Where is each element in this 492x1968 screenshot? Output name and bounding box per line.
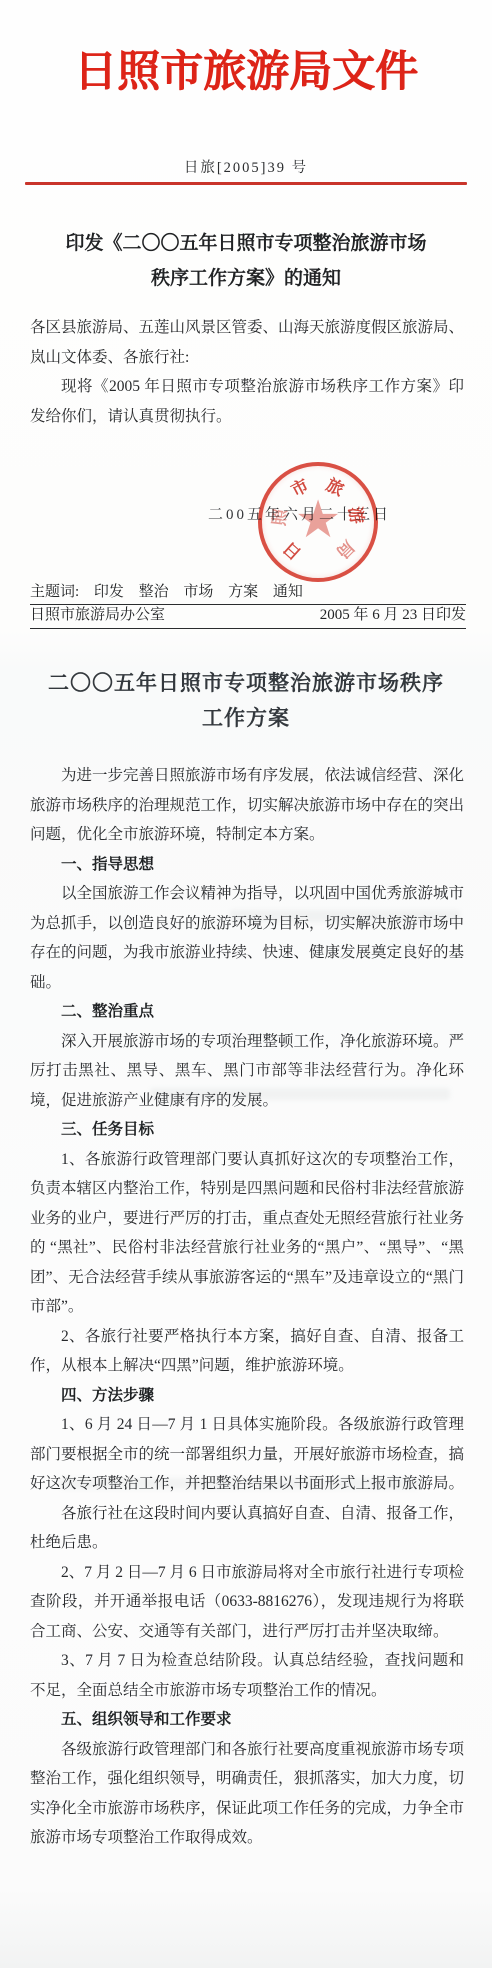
seal-star-icon: ★ — [295, 494, 342, 546]
seal-char: 游 — [343, 503, 368, 528]
section-heading: 五、组织领导和工作要求 — [30, 1705, 464, 1735]
section-paragraph: 2、7 月 2 日—7 月 6 日市旅游局将对全市旅行社进行专项检查阶段，并开通… — [30, 1558, 464, 1647]
section-paragraph: 各级旅游行政管理部门和各旅行社要高度重视旅游市场专项整治工作，强化组织领导，明确… — [30, 1735, 464, 1853]
section-heading: 三、任务目标 — [30, 1115, 464, 1145]
office-name: 日照市旅游局办公室 — [30, 603, 165, 624]
addressees: 各区县旅游局、五莲山风景区管委、山海天旅游度假区旅游局、岚山文体委、各旅行社: — [30, 313, 464, 373]
notice-body: 现将《2005 年日照市专项整治旅游市场秩序工作方案》印发给你们，请认真贯彻执行… — [30, 372, 464, 432]
section-paragraph: 3、7 月 7 日为检查总结阶段。认真总结经验，查找问题和不足，全面总结全市旅游… — [30, 1646, 464, 1705]
section-heading: 一、指导思想 — [30, 850, 464, 880]
print-date: 2005 年 6 月 23 日印发 — [320, 603, 466, 624]
plan-page: 二〇〇五年日照市专项整治旅游市场秩序 工作方案 为进一步完善日照旅游市场有序发展… — [0, 648, 492, 1853]
section-paragraph: 以全国旅游工作会议精神为指导，以巩固中国优秀旅游城市为总抓手，以创造良好的旅游环… — [30, 879, 464, 997]
seal-char: 照 — [268, 505, 293, 530]
notice-title: 印发《二〇〇五年日照市专项整治旅游市场 秩序工作方案》的通知 — [0, 226, 492, 296]
red-divider — [25, 182, 467, 185]
section-paragraph: 各旅行社在这段时间内要认真搞好自查、自清、报备工作，杜绝后患。 — [30, 1499, 464, 1558]
office-row: 日照市旅游局办公室 2005 年 6 月 23 日印发 — [30, 603, 466, 629]
official-seal: 日 照 市 旅 游 局 ★ — [258, 462, 378, 582]
notice-page: 日照市旅游局文件 日旅[2005]39 号 印发《二〇〇五年日照市专项整治旅游市… — [0, 0, 492, 648]
org-title: 日照市旅游局文件 — [0, 38, 492, 99]
doc-number: 日旅[2005]39 号 — [0, 156, 492, 177]
notice-title-line2: 秩序工作方案》的通知 — [151, 268, 341, 289]
notice-title-line1: 印发《二〇〇五年日照市专项整治旅游市场 — [65, 233, 426, 254]
section-heading: 四、方法步骤 — [30, 1381, 464, 1411]
plan-title-line2: 工作方案 — [202, 706, 290, 730]
keywords-line: 主题词: 印发 整治 市场 方案 通知 — [30, 584, 303, 600]
plan-intro: 为进一步完善日照旅游市场有序发展，依法诚信经营、深化旅游市场秩序的治理规范工作，… — [30, 761, 464, 850]
section-paragraph: 2、各旅行社要严格执行本方案，搞好自查、自清、报备工作，从根本上解决“四黑”问题… — [30, 1322, 464, 1381]
section-paragraph: 深入开展旅游市场的专项治理整顿工作，净化旅游环境。严厉打击黑社、黑导、黑车、黑门… — [30, 1027, 464, 1116]
section-paragraph: 1、各旅游行政管理部门要认真抓好这次的专项整治工作，负责本辖区内整治工作，特别是… — [30, 1145, 464, 1322]
section-heading: 二、整治重点 — [30, 997, 464, 1027]
plan-title-line1: 二〇〇五年日照市专项整治旅游市场秩序 — [48, 671, 444, 695]
plan-title: 二〇〇五年日照市专项整治旅游市场秩序 工作方案 — [0, 666, 492, 736]
keywords-row: 主题词: 印发 整治 市场 方案 通知 — [30, 580, 466, 605]
plan-content: 为进一步完善日照旅游市场有序发展，依法诚信经营、深化旅游市场秩序的治理规范工作，… — [30, 761, 464, 1853]
scanned-document: 日照市旅游局文件 日旅[2005]39 号 印发《二〇〇五年日照市专项整治旅游市… — [0, 0, 492, 1968]
section-paragraph: 1、6 月 24 日—7 月 1 日具体实施阶段。各级旅游行政管理部门要根据全市… — [30, 1410, 464, 1499]
